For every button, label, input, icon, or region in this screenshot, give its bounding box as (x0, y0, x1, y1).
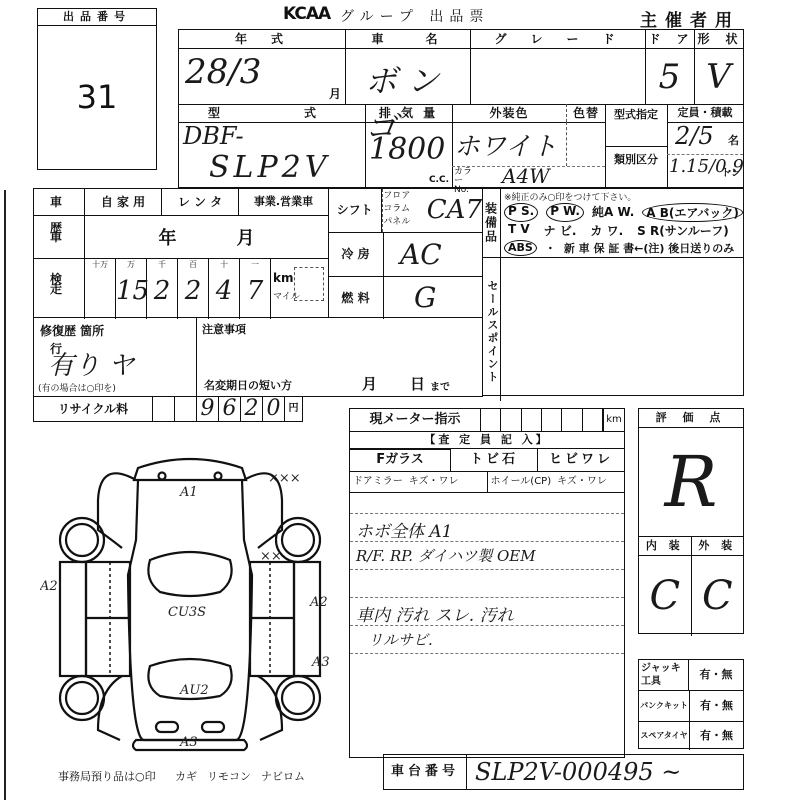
lot-box: 出品番号 31 (37, 8, 157, 170)
shape-cell: 形 状 V (694, 29, 744, 105)
shift-value: CA7 (427, 189, 482, 232)
mileage-digit: 千2 (147, 259, 178, 319)
model-cell: 型 式 DBF- SLP2V (178, 104, 366, 188)
mirror-damage[interactable]: キズ・ワレ (409, 472, 459, 492)
interior-grade: C (639, 556, 692, 636)
notes-block: 注意事項 名変期日の短い方 月 日 まで (196, 317, 483, 397)
car-name-cell: 車 名 ボンゴ (345, 29, 471, 105)
meter-digit[interactable] (501, 409, 521, 431)
grade-block: 評 価 点 R 内 装 外 装 C C (638, 408, 744, 634)
glass-crack[interactable]: ヒビワレ (538, 449, 624, 471)
history-rental[interactable]: レ ン タ (162, 189, 239, 215)
mileage-digit: 十4 (209, 259, 240, 319)
type-designation-cell: 型式指定 類別区分 (605, 104, 668, 188)
equip-pw[interactable]: P W. (546, 203, 584, 222)
equip-tv[interactable]: T V (508, 222, 530, 239)
wheel-damage[interactable]: キズ・ワレ (557, 472, 607, 492)
equip-ps[interactable]: P S. (504, 203, 538, 222)
damage-mark: A2 (309, 595, 328, 610)
specs-block: シフト フロア コラム パネル CA7 冷 房 AC 燃 料 G (328, 188, 483, 318)
recycle-block: リサイクル料 9620 円 (33, 396, 303, 422)
inspector-block: 現メーター指示 km 【査 定 員 記 入】 Fガラス トビ石 ヒビワレ ドアミ… (349, 408, 625, 758)
repair-block: 修復歴 箇所 有り ヤ (有の場合は○印を) (33, 317, 197, 397)
scan-edge (4, 190, 6, 800)
meter-digit[interactable] (542, 409, 562, 431)
damage-mark: A2 (40, 579, 58, 594)
equip-aw[interactable]: 純A W. (592, 203, 634, 222)
brand-logo: KCAA (283, 4, 330, 24)
spare-tire[interactable]: 有・無 (690, 722, 743, 750)
equip-navi[interactable]: ナ ビ. (544, 222, 577, 239)
mileage-digit: 十万 (85, 259, 116, 319)
grade-cell: グ レ ー ド (470, 29, 646, 105)
grade-value: R (639, 428, 743, 537)
comment-4: リルサビ. (368, 629, 433, 650)
inspection-month: 月 (237, 224, 255, 250)
equip-ab[interactable]: A B(エアバック) (642, 203, 743, 222)
recycle-digit (153, 396, 175, 421)
item-key[interactable]: カギ (175, 768, 197, 784)
form-title: グループ 出品票 (340, 6, 489, 26)
lot-label: 出品番号 (38, 9, 156, 26)
comment-1: ホボ全体 A1 (356, 517, 453, 542)
equip-abs[interactable]: ABS (504, 240, 537, 256)
equip-leather[interactable]: カ ワ. (590, 222, 623, 239)
puncture-kit[interactable]: 有・無 (690, 691, 743, 721)
jack-tool[interactable]: 有・無 (689, 660, 743, 690)
damage-mark: A3 (179, 735, 198, 750)
recycle-digit: 0 (263, 396, 285, 421)
damage-mark: CU3S (168, 605, 206, 620)
doors-value: 5 (645, 49, 694, 105)
model-value-1: DBF- (183, 122, 244, 150)
recycle-digit: 6 (219, 396, 241, 421)
mileage-digit: 一7 (240, 259, 271, 319)
copy-label: 主催者用 (640, 6, 740, 31)
chassis-block: 車台番号 SLP2V-000495 ~ (383, 754, 744, 790)
doors-cell: ド ア 5 (645, 29, 695, 105)
history-private[interactable]: 自 家 用 (85, 189, 162, 215)
car-diagram[interactable]: ×××A1××A2A2CU3SAU2A3A3 (40, 440, 340, 760)
mileage-digit: 百2 (178, 259, 209, 319)
mileage-digit: 万15 (116, 259, 147, 319)
ac-value: AC (384, 233, 482, 276)
sales-point-block: セールスポイント (482, 257, 744, 396)
exterior-grade: C (692, 556, 744, 636)
equip-sr[interactable]: S R(サンルーフ) (637, 222, 729, 239)
color-no-value: A4W (502, 164, 550, 188)
item-remote[interactable]: リモコン (207, 768, 251, 784)
meter-digit[interactable] (562, 409, 582, 431)
shape-value: V (694, 49, 743, 105)
chassis-value: SLP2V-000495 ~ (467, 755, 743, 789)
year-cell: 年 式 28/3 月 (178, 29, 346, 105)
comment-2: R/F. RP. ダイハツ製 OEM (356, 545, 536, 566)
displacement-value: 1800 (369, 132, 445, 167)
item-navirom[interactable]: ナビロム (261, 768, 305, 784)
recycle-digit (175, 396, 197, 421)
capacity-value: 2/5 (675, 122, 714, 150)
capacity-cell: 定員・積載 2/5 名 1.15/0.9 トン (667, 104, 744, 188)
model-value-2: SLP2V (209, 150, 330, 185)
lot-number: 31 (38, 26, 156, 168)
tools-block: ジャッキ工具 有・無 パンクキット 有・無 スペアタイヤ 有・無 (638, 659, 744, 749)
meter-digit[interactable] (522, 409, 542, 431)
meter-digit[interactable] (481, 409, 501, 431)
diagram-footer: 事務局預り品は○印 (58, 768, 156, 784)
inspection-year: 年 (159, 224, 177, 250)
repair-value: 有り ヤ (48, 345, 134, 382)
year-value: 28/3 (185, 52, 261, 92)
recycle-digit: 9 (197, 396, 219, 421)
damage-mark: ××× (268, 471, 301, 486)
history-business[interactable]: 事業.営業車 (239, 189, 328, 215)
damage-mark: AU2 (179, 683, 209, 698)
displacement-cell: 排 気 量 1800 C.C. (365, 104, 453, 188)
damage-mark: A1 (179, 485, 198, 500)
color-cell: 外装色 色替 ホワイト カラー No. A4W (452, 104, 606, 188)
comment-3: 車内 汚れ スレ. 汚れ (356, 601, 514, 626)
meter-digit[interactable] (583, 409, 603, 431)
equip-warranty[interactable]: 新 車 保 証 書←(注) 後日送りのみ (564, 240, 734, 256)
color-value: ホワイト (454, 126, 557, 163)
glass-chip[interactable]: トビ石 (451, 449, 538, 471)
fuel-value: G (384, 277, 482, 319)
mile-checkbox[interactable] (294, 267, 324, 301)
damage-mark: ×× (260, 549, 282, 564)
damage-mark: A3 (311, 655, 330, 670)
equipment-block: 装備品 ※純正のみ○印をつけて下さい。 P S. P W. 純A W. A B(… (482, 188, 744, 258)
history-block: 車 歴 自 家 用 レ ン タ 事業.営業車 車 検 年 月 走 行 十万万15… (33, 188, 329, 318)
recycle-digit: 2 (241, 396, 263, 421)
